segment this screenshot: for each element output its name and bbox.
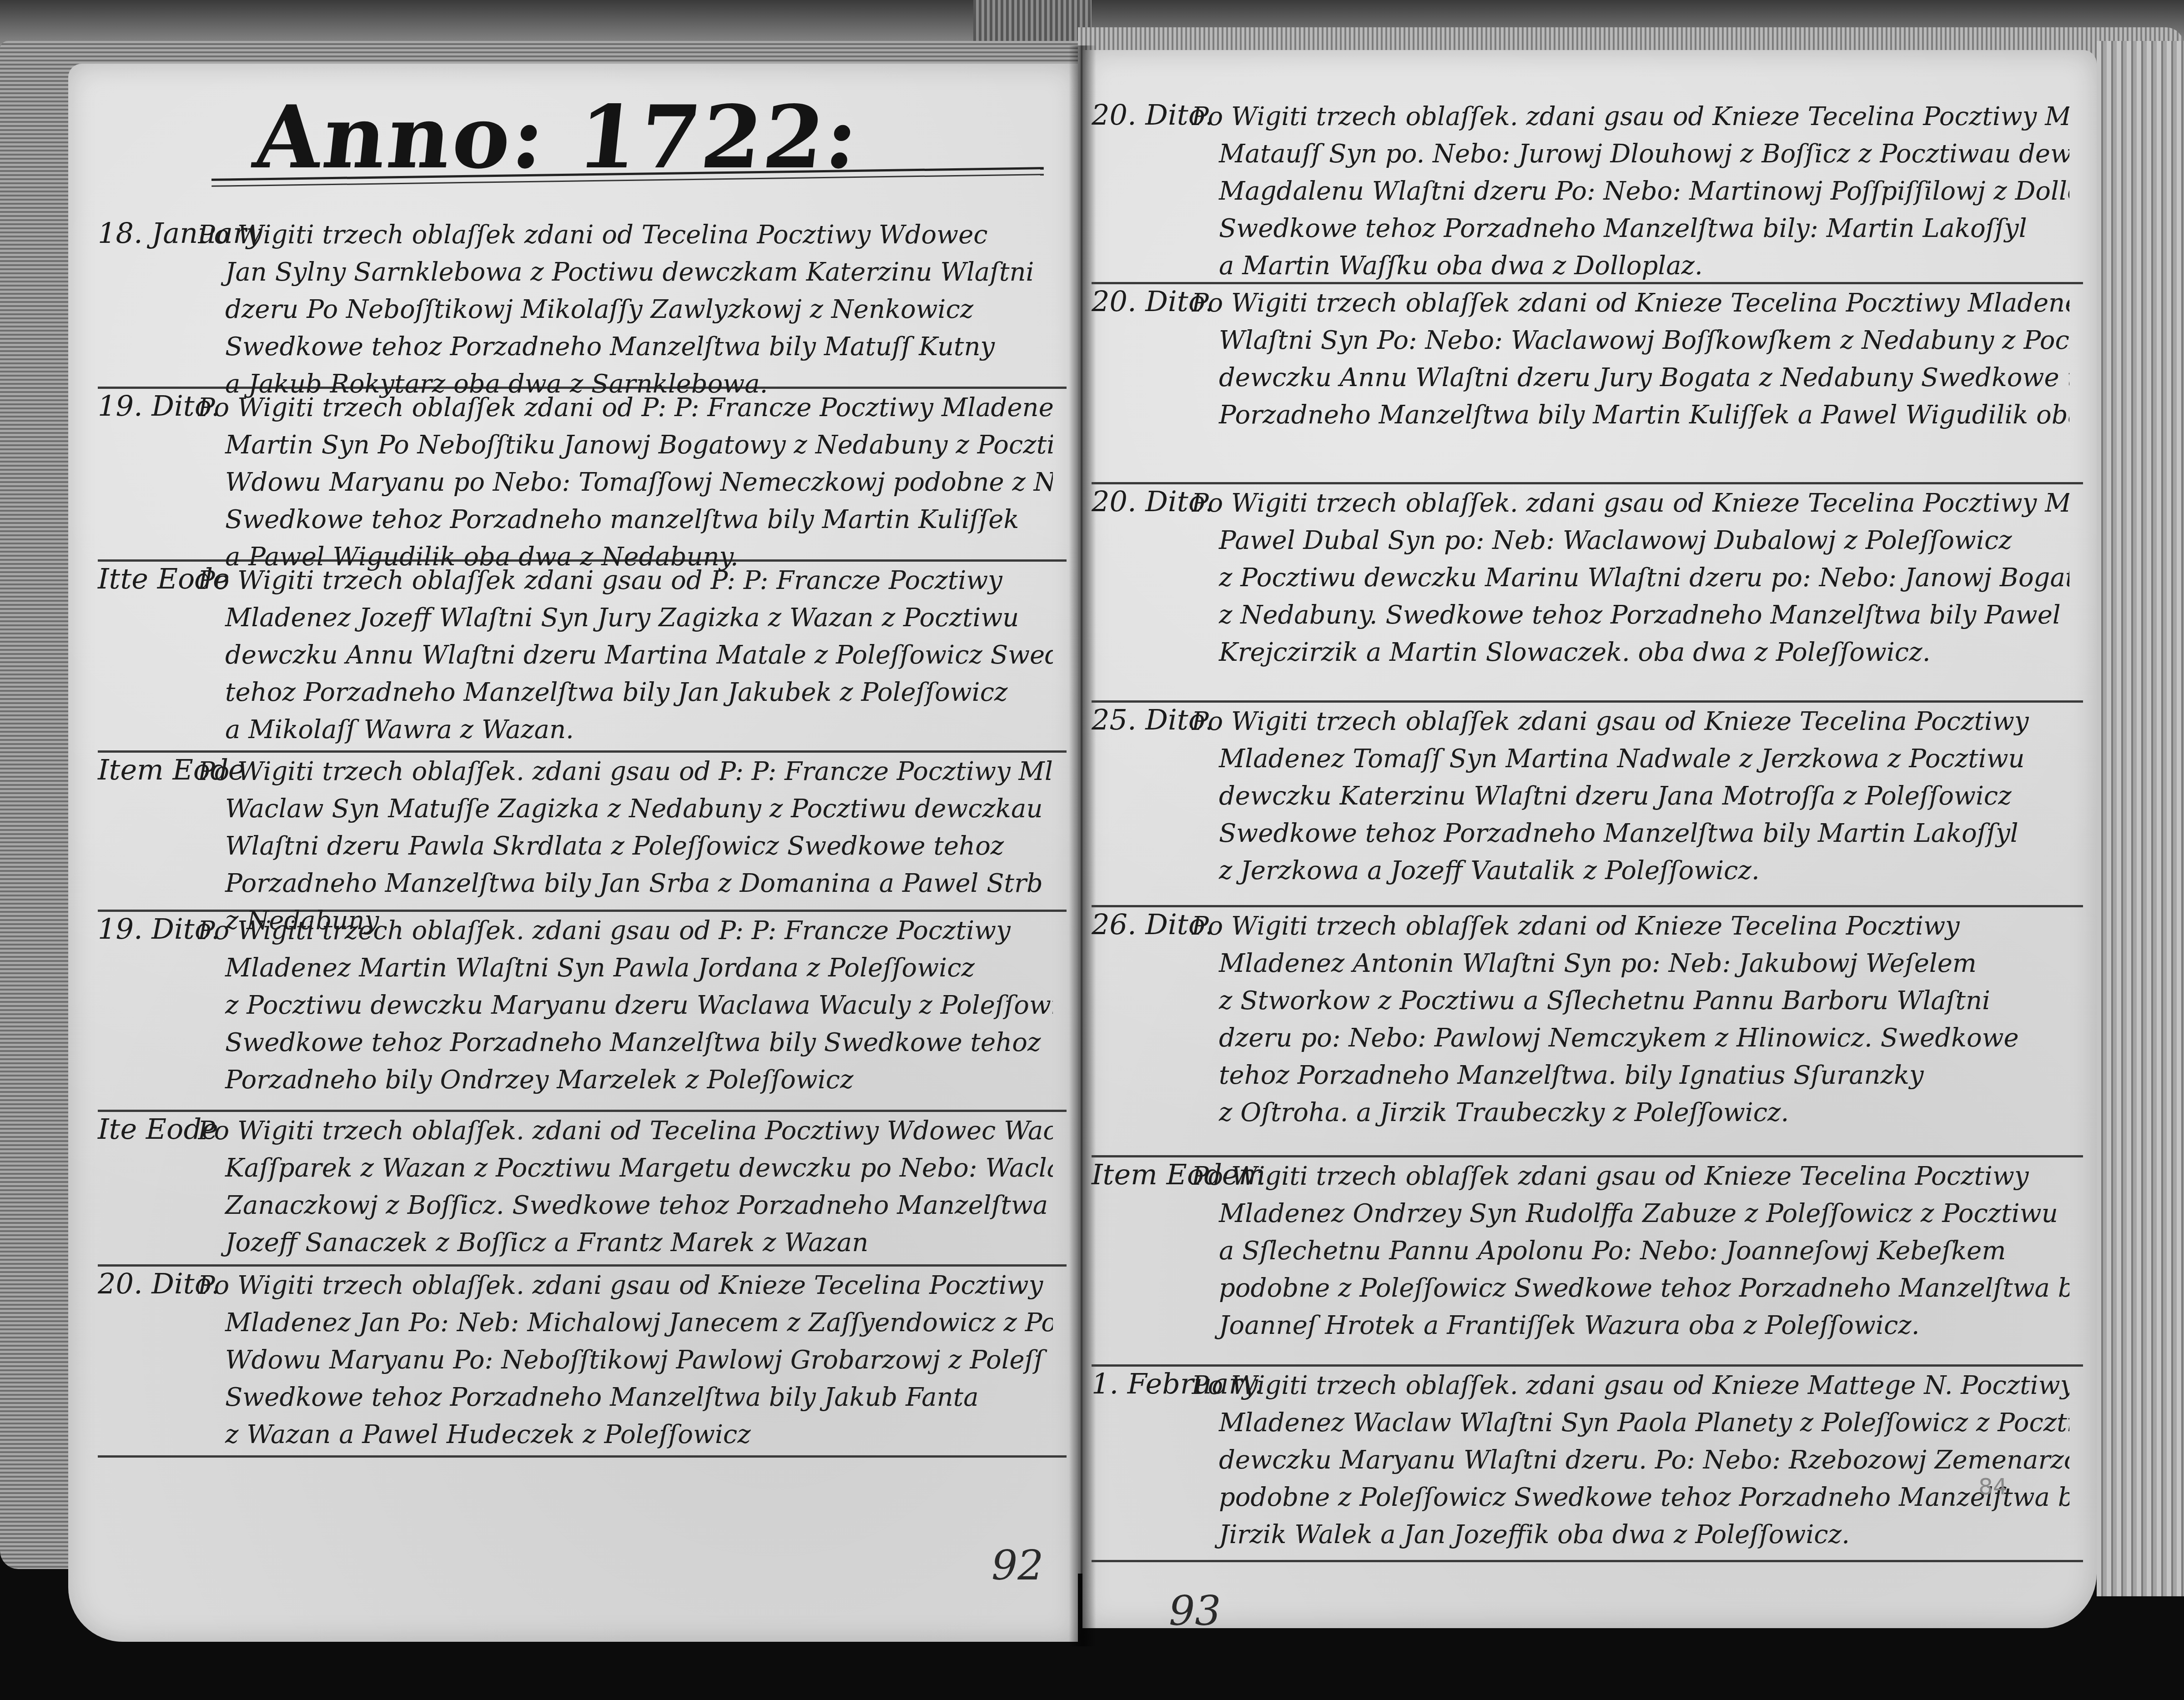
entry-line: Zanaczkowj z Boſſicz. Swedkowe tehoz Por… (198, 1187, 1053, 1224)
entry-text: Po Wigiti trzech oblaſſek. zdani gsau od… (198, 1267, 1053, 1454)
entry-line: a Sſlechetnu Pannu Apolonu Po: Nebo: Joa… (1192, 1232, 2069, 1270)
entry-line: Po Wigiti trzech oblaſſek. zdani gsau od… (198, 1267, 1053, 1304)
entry-line: Matauſſ Syn po. Nebo: Jurowj Dlouhowj z … (1192, 136, 2069, 173)
entry-line: Po Wigiti trzech oblaſſek zdani gsau od … (1192, 1158, 2069, 1195)
register-entry: 1. February.Po Wigiti trzech oblaſſek. z… (1092, 1364, 2083, 1562)
register-entry: 18. JanuaryPo Wigiti trzech oblaſſek zda… (98, 214, 1067, 389)
entry-line: Swedkowe tehoz Porzadneho Manzelſtwa bil… (198, 328, 1053, 366)
entry-line: Joanneſ Hrotek a Frantiſſek Wazura oba z… (1192, 1307, 2069, 1344)
entry-line: dewczku Katerzinu Wlaſtni dzeru Jana Mot… (1192, 778, 2069, 815)
entry-line: Pawel Dubal Syn po: Neb: Waclawowj Dubal… (1192, 522, 2069, 559)
entry-text: Po Wigiti trzech oblaſſek zdani gsau od … (1192, 1158, 2069, 1344)
entry-line: tehoz Porzadneho Manzelſtwa. bily Ignati… (1192, 1057, 2069, 1094)
entry-line: Po Wigiti trzech oblaſſek. zdani gsau od… (1192, 98, 2069, 136)
entry-line: Mladenez Waclaw Wlaſtni Syn Paola Planet… (1192, 1404, 2069, 1442)
entry-line: Mladenez Martin Wlaſtni Syn Pawla Jordan… (198, 950, 1053, 987)
entry-text: Po Wigiti trzech oblaſſek zdani od Kniez… (1192, 908, 2069, 1132)
entry-line: Martin Syn Po Neboſſtiku Janowj Bogatowy… (198, 427, 1053, 464)
entry-line: Po Wigiti trzech oblaſſek. zdani gsau od… (198, 912, 1053, 950)
entry-line: Po Wigiti trzech oblaſſek zdani od P: P:… (198, 389, 1053, 427)
entry-line: Mladenez Ondrzey Syn Rudolffa Zabuze z P… (1192, 1195, 2069, 1232)
entry-line: Krejczirzik a Martin Slowaczek. oba dwa … (1192, 634, 2069, 671)
entry-text: Po Wigiti trzech oblaſſek zdani gsau od … (1192, 703, 2069, 890)
entry-line: Po Wigiti trzech oblaſſek zdani gsau od … (1192, 703, 2069, 740)
entry-line: Swedkowe tehoz Porzadneho Manzelſtwa bil… (198, 1379, 1053, 1416)
entry-line: Wlaſtni Syn Po: Nebo: Waclawowj Boſſkowſ… (1192, 322, 2069, 359)
register-entry: Item EodemPo Wigiti trzech oblaſſek zdan… (1092, 1155, 2083, 1367)
entry-line: Swedkowe tehoz Porzadneho Manzelſtwa bil… (198, 1024, 1053, 1061)
entry-line: Porzadneho bily Ondrzey Marzelek z Poleſ… (198, 1061, 1053, 1099)
register-entry: 20. Dito.Po Wigiti trzech oblaſſek zdani… (1092, 282, 2083, 484)
register-entry: 19. Dito.Po Wigiti trzech oblaſſek zdani… (98, 387, 1067, 562)
register-entry: 20. Dito.Po Wigiti trzech oblaſſek. zdan… (98, 1264, 1067, 1458)
entry-line: Waclaw Syn Matuſſe Zagizka z Nedabuny z … (198, 790, 1053, 828)
entry-line: podobne z Poleſſowicz Swedkowe tehoz Por… (1192, 1270, 2069, 1307)
entry-line: Swedkowe tehoz Porzadneho Manzelſtwa bil… (1192, 210, 2069, 247)
entry-line: Po Wigiti trzech oblaſſek zdani od Kniez… (1192, 908, 2069, 945)
book-fore-edge (2097, 41, 2184, 1596)
entry-line: podobne z Poleſſowicz Swedkowe tehoz Por… (1192, 1479, 2069, 1516)
entry-line: Wlaſtni dzeru Pawla Skrdlata z Poleſſowi… (198, 828, 1053, 865)
entry-line: Po Wigiti trzech oblaſſek zdani od Tecel… (198, 216, 1053, 254)
register-entry: Ite EodePo Wigiti trzech oblaſſek. zdani… (98, 1110, 1067, 1267)
entry-line: Po Wigiti trzech oblaſſek. zdani gsau od… (1192, 485, 2069, 522)
entry-line: Wdowu Maryanu Po: Neboſſtikowj Pawlowj G… (198, 1342, 1053, 1379)
entry-line: dzeru Po Neboſſtikowj Mikolaſſy Zawlyzko… (198, 291, 1053, 328)
entry-line: Jan Sylny Sarnklebowa z Poctiwu dewczkam… (198, 254, 1053, 291)
entry-line: Porzadneho Manzelſtwa bily Jan Srba z Do… (198, 865, 1053, 902)
entry-line: dewczku Annu Wlaſtni dzeru Jury Bogata z… (1192, 359, 2069, 397)
entry-line: Mladenez Jozeff Wlaſtni Syn Jury Zagizka… (198, 599, 1053, 637)
pencil-folio-number: 84 (1978, 1474, 2008, 1500)
register-entry: 26. Dito.Po Wigiti trzech oblaſſek zdani… (1092, 905, 2083, 1157)
entry-line: Swedkowe tehoz Porzadneho Manzelſtwa bil… (1192, 815, 2069, 852)
register-entry: 20. Dito.Po Wigiti trzech oblaſſek. zdan… (1092, 96, 2083, 284)
entry-line: Mladenez Jan Po: Neb: Michalowj Janecem … (198, 1304, 1053, 1342)
entry-line: z Pocztiwu dewczku Maryanu dzeru Waclawa… (198, 987, 1053, 1024)
entry-text: Po Wigiti trzech oblaſſek zdani od P: P:… (198, 389, 1053, 576)
entry-line: a Martin Waſſku oba dwa z Dolloplaz. (1192, 247, 2069, 285)
entry-line: dzeru po: Nebo: Pawlowj Nemczykem z Hlin… (1192, 1020, 2069, 1057)
register-entry: Itte EodePo Wigiti trzech oblaſſek zdani… (98, 559, 1067, 753)
entry-text: Po Wigiti trzech oblaſſek zdani gsau od … (198, 562, 1053, 749)
entry-text: Po Wigiti trzech oblaſſek. zdani od Tece… (198, 1112, 1053, 1262)
entry-line: tehoz Porzadneho Manzelſtwa bily Jan Jak… (198, 674, 1053, 711)
entry-line: Po Wigiti trzech oblaſſek zdani gsau od … (198, 562, 1053, 599)
entry-text: Po Wigiti trzech oblaſſek. zdani gsau od… (1192, 485, 2069, 671)
register-entry: 19. Dito.Po Wigiti trzech oblaſſek. zdan… (98, 910, 1067, 1112)
entry-line: z Wazan a Pawel Hudeczek z Poleſſowicz (198, 1416, 1053, 1454)
entry-line: Po Wigiti trzech oblaſſek zdani od Kniez… (1192, 285, 2069, 322)
entry-line: dewczku Maryanu Wlaſtni dzeru. Po: Nebo:… (1192, 1442, 2069, 1479)
entry-line: Jozeff Sanaczek z Boſſicz a Frantz Marek… (198, 1224, 1053, 1262)
entry-line: Swedkowe tehoz Porzadneho manzelſtwa bil… (198, 501, 1053, 538)
entry-line: Kaſſparek z Wazan z Pocztiwu Margetu dew… (198, 1150, 1053, 1187)
entry-line: z Nedabuny. Swedkowe tehoz Porzadneho Ma… (1192, 597, 2069, 634)
entry-line: dewczku Annu Wlaſtni dzeru Martina Matal… (198, 637, 1053, 674)
entry-text: Po Wigiti trzech oblaſſek zdani od Tecel… (198, 216, 1053, 403)
entry-line: Jirzik Walek a Jan Jozeffik oba dwa z Po… (1192, 1516, 2069, 1554)
register-entry: 20. Dito.Po Wigiti trzech oblaſſek. zdan… (1092, 482, 2083, 703)
entry-line: z Pocztiwu dewczku Marinu Wlaſtni dzeru … (1192, 559, 2069, 597)
entry-text: Po Wigiti trzech oblaſſek zdani od Kniez… (1192, 285, 2069, 434)
entry-line: Po Wigiti trzech oblaſſek. zdani gsau od… (1192, 1367, 2069, 1404)
register-entry: 25. Dito.Po Wigiti trzech oblaſſek zdani… (1092, 700, 2083, 907)
entry-line: Porzadneho Manzelſtwa bily Martin Kuliſſ… (1192, 397, 2069, 434)
right-page-number: 93 (1169, 1587, 1221, 1635)
entry-text: Po Wigiti trzech oblaſſek. zdani gsau od… (1192, 98, 2069, 285)
entry-line: z Stworkow z Pocztiwu a Sſlechetnu Pannu… (1192, 982, 2069, 1020)
entry-line: z Oſtroha. a Jirzik Traubeczky z Poleſſo… (1192, 1094, 2069, 1132)
entry-text: Po Wigiti trzech oblaſſek. zdani gsau od… (1192, 1367, 2069, 1554)
entry-line: z Jerzkowa a Jozeff Vautalik z Poleſſowi… (1192, 852, 2069, 890)
entry-line: a Mikolaſſ Wawra z Wazan. (198, 711, 1053, 749)
entry-line: Mladenez Tomaſſ Syn Martina Nadwale z Je… (1192, 740, 2069, 778)
entry-line: Mladenez Antonin Wlaſtni Syn po: Neb: Ja… (1192, 945, 2069, 982)
entry-line: Po Wigiti trzech oblaſſek. zdani gsau od… (198, 753, 1053, 790)
entry-line: Magdalenu Wlaſtni dzeru Po: Nebo: Martin… (1192, 173, 2069, 210)
entry-line: Po Wigiti trzech oblaſſek. zdani od Tece… (198, 1112, 1053, 1150)
entry-text: Po Wigiti trzech oblaſſek. zdani gsau od… (198, 912, 1053, 1099)
left-page-number: 92 (991, 1542, 1044, 1589)
entry-line: Wdowu Maryanu po Nebo: Tomaſſowj Nemeczk… (198, 464, 1053, 501)
register-entry: Item EodePo Wigiti trzech oblaſſek. zdan… (98, 750, 1067, 912)
